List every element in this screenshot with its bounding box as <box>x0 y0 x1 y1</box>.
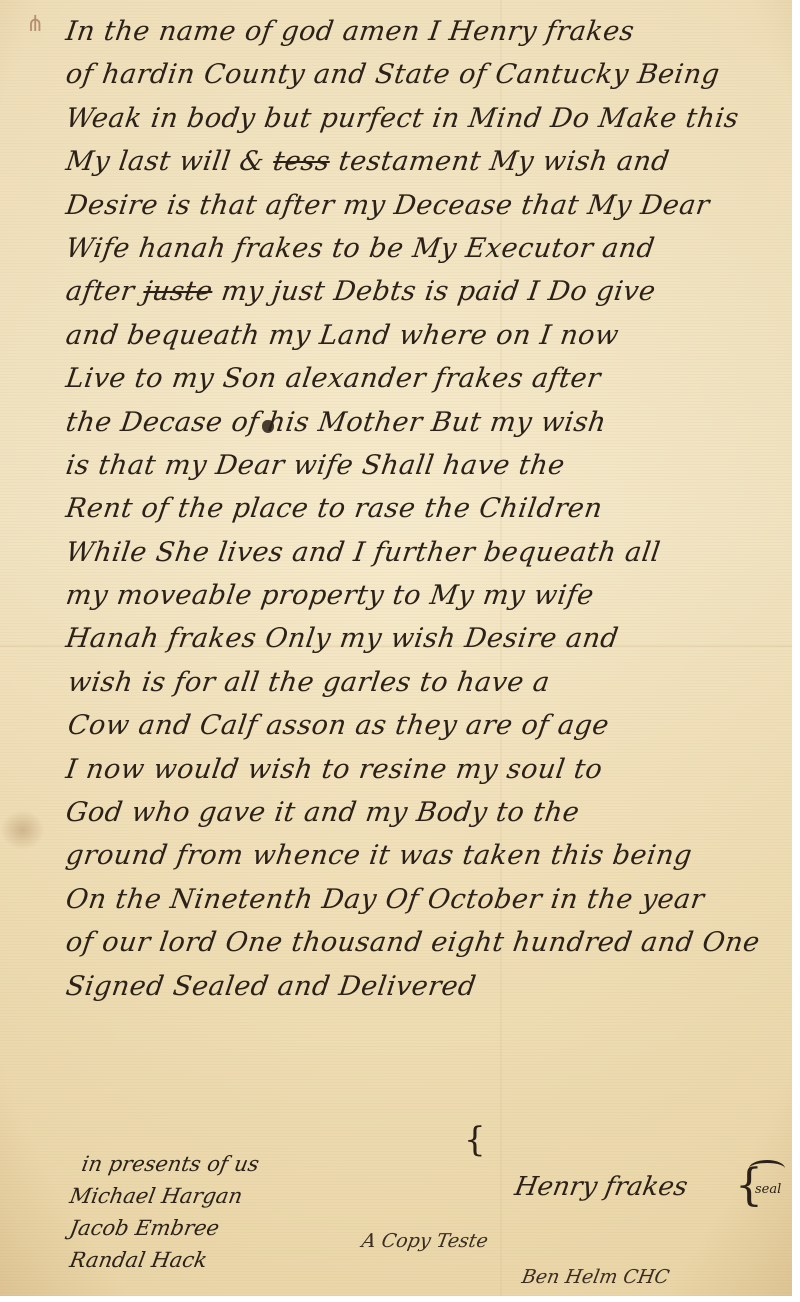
page-margin-bottom <box>0 1296 800 1302</box>
will-line: My last will & tess testament My wish an… <box>55 140 792 183</box>
will-line: and bequeath my Land where on I now <box>55 314 792 357</box>
corner-mark-icon: ⋔ <box>26 12 50 40</box>
will-line: Weak in body but purfect in Mind Do Make… <box>55 97 792 140</box>
will-line: On the Ninetenth Day Of October in the y… <box>55 878 792 921</box>
seal-mark: { seal <box>735 1160 791 1220</box>
will-line: Signed Sealed and Delivered <box>55 965 792 1008</box>
will-line: after juste my just Debts is paid I Do g… <box>55 270 792 313</box>
witness-name: Jacob Embree <box>67 1212 261 1244</box>
will-line: wish is for all the garles to have a <box>55 661 792 704</box>
will-line: Cow and Calf asson as they are of age <box>55 704 792 747</box>
witness-intro: in presents of us <box>67 1148 261 1180</box>
testator-signature: Henry frakes <box>512 1172 690 1202</box>
will-line: is that my Dear wife Shall have the <box>55 444 792 487</box>
will-line: Rent of the place to rase the Children <box>55 487 792 530</box>
will-line: Desire is that after my Decease that My … <box>55 184 792 227</box>
will-line: ground from whence it was taken this bei… <box>55 834 792 877</box>
will-line: Hanah frakes Only my wish Desire and <box>55 617 792 660</box>
will-body: In the name of god amen I Henry frakes o… <box>55 10 792 1008</box>
seal-label: seal <box>755 1182 781 1197</box>
will-line: Wife hanah frakes to be My Executor and <box>55 227 792 270</box>
struck-word: tess <box>271 146 332 177</box>
witness-block: in presents of us Michael Hargan Jacob E… <box>70 1148 259 1276</box>
will-line: In the name of god amen I Henry frakes <box>55 10 792 53</box>
document-page: ⋔ In the name of god amen I Henry frakes… <box>0 0 792 1296</box>
page-margin-right <box>792 0 800 1302</box>
will-line: my moveable property to My my wife <box>55 574 792 617</box>
will-line: of our lord One thousand eight hundred a… <box>55 921 792 964</box>
will-line: the Decase of his Mother But my wish <box>55 401 792 444</box>
witness-name: Michael Hargan <box>67 1180 261 1212</box>
copy-attest: A Copy Teste <box>360 1230 490 1252</box>
brace-mark: { <box>464 1120 486 1160</box>
struck-word: juste <box>141 276 214 307</box>
paper-stain <box>0 810 45 850</box>
will-line: Live to my Son alexander frakes after <box>55 357 792 400</box>
clerk-signature: Ben Helm CHC <box>520 1266 671 1288</box>
witness-name: Randal Hack <box>67 1244 261 1276</box>
will-line: I now would wish to resine my soul to <box>55 748 792 791</box>
will-line: God who gave it and my Body to the <box>55 791 792 834</box>
will-line: While She lives and I further bequeath a… <box>55 531 792 574</box>
will-line: of hardin County and State of Cantucky B… <box>55 53 792 96</box>
